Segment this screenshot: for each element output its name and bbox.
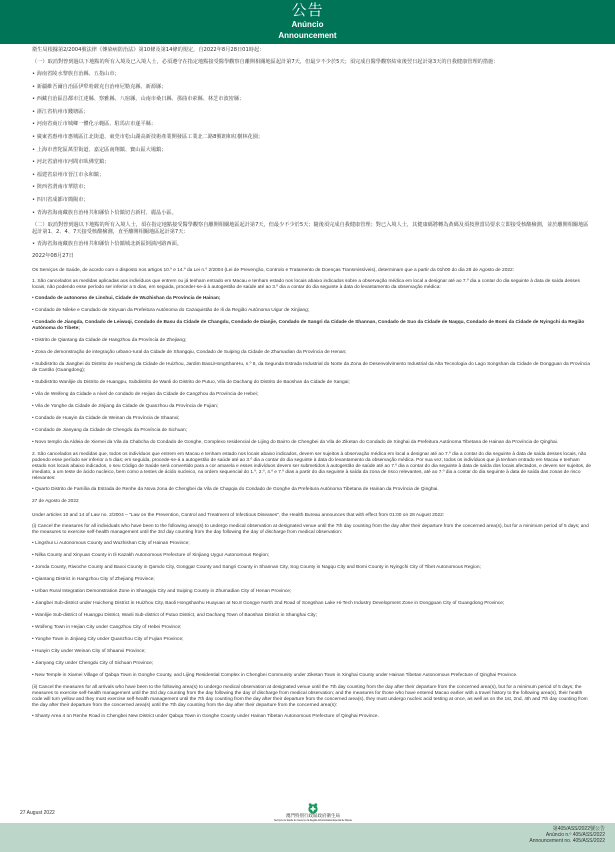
en-para2: (ii) Cancel the measures for all arrival… xyxy=(32,685,592,709)
en-date: 27 August 2022 xyxy=(20,810,55,816)
chinese-section: 衛生局根據第2/2004號法律《傳染病防治法》第10條及第14條的規定，自202… xyxy=(32,47,592,260)
en-para1: (i) Cancel the measures for all individu… xyxy=(32,524,592,536)
zh-intro: 衛生局根據第2/2004號法律《傳染病防治法》第10條及第14條的規定，自202… xyxy=(32,47,592,54)
list-item: • Condado de autonomo de Linshui, Cidade… xyxy=(32,296,592,302)
list-item: • Shanty Area 4 on Renhe Road in Chengbe… xyxy=(32,714,592,720)
ref-en: Announcement no. 405/ASS/2022 xyxy=(529,838,605,844)
list-item: • 河南省商丘市城鄉一體化示範區、駐馬店市遂平縣； xyxy=(32,121,592,128)
pt-para2: 2. São cancelados as medidas que, todos … xyxy=(32,452,592,482)
pt-para1: 1. São cancelados as medidas aplicadas a… xyxy=(32,279,592,291)
list-item: • 青海省海南藏族自治州共和縣恰卜恰鎮城北新區倒淌河路西面。 xyxy=(32,241,592,248)
list-item: • Wanlijie Sub-district of Huangpu Distr… xyxy=(32,613,592,619)
list-item: • Distrito de Qiantang da Cidade de Hang… xyxy=(32,338,592,344)
list-item: • Subdistrito Wanlijie do Distrito de Hu… xyxy=(32,380,592,386)
list-item: • 青海省海南藏族自治州共和縣恰卜恰鎮切吉新村、麗晶小區。 xyxy=(32,210,592,217)
list-item: • Jiangbei Sub-district under Huicheng D… xyxy=(32,601,592,607)
list-item: • Vila de Weifeng da Cidade a nível de c… xyxy=(32,392,592,398)
pt-list1: • Condado de autonomo de Linshui, Cidade… xyxy=(32,296,592,446)
en-list2: • Shanty Area 4 on Renhe Road in Chengbe… xyxy=(32,714,592,720)
list-item: • Woifeng Town in Hejian City under Cang… xyxy=(32,625,592,631)
list-item: • 新疆維吾爾自治區伊犁哈薩克自治州尼勒克縣、新源縣； xyxy=(32,84,592,91)
list-item: • 河北省滄州市河間市臥佛堂鎮； xyxy=(32,159,592,166)
zh-para1: （一）取消對曾到過以下地點的所有入境及已入境人士，必須遵守在指定地點接受醫學觀察… xyxy=(32,59,592,66)
list-item: • 上海市普陀區萬里街道、嘉定區南翔鎮、寶山區大場鎮； xyxy=(32,147,592,154)
list-item: • Condado de Jianyang da Cidade de Cheng… xyxy=(32,428,592,434)
title-zh: 公告 xyxy=(0,0,615,19)
list-item: • Nilka County and Xinyuan County in Ili… xyxy=(32,553,592,559)
list-item: • Jomda County, Riwoche County and Baxoi… xyxy=(32,565,592,571)
announcement-footer: 第405/ASS/2022號公告 Anúncio n.º 405/ASS/202… xyxy=(0,823,615,852)
list-item: • Subdistrito da Jiangbei do Distrito de… xyxy=(32,362,592,374)
pt-list2: • Quarto Distrito de Família da Estrada … xyxy=(32,487,592,493)
zh-list2: • 青海省海南藏族自治州共和縣恰卜恰鎮城北新區倒淌河路西面。 xyxy=(32,241,592,248)
zh-date: 2022年08月27日 xyxy=(32,253,592,260)
list-item: • 福建省泉州市晉江市永和鎮； xyxy=(32,172,592,179)
title-en: Announcement xyxy=(0,30,615,41)
list-item: • Condado de Nileke e Condado de Xinyuan… xyxy=(32,308,592,314)
list-item: • Urban Rural Integration Demonstration … xyxy=(32,589,592,595)
list-item: • 海南省陵水黎族自治縣、五指山市； xyxy=(32,71,592,78)
portuguese-section: Os Serviços de Saúde, de acordo com o di… xyxy=(32,268,592,505)
pt-intro: Os Serviços de Saúde, de acordo com o di… xyxy=(32,268,592,274)
announcement-body: 衛生局根據第2/2004號法律《傳染病防治法》第10條及第14條的規定，自202… xyxy=(32,47,592,726)
announcement-header: 公告 Anúncio Announcement xyxy=(0,0,615,44)
zh-list1: • 海南省陵水黎族自治縣、五指山市；• 新疆維吾爾自治區伊犁哈薩克自治州尼勒克縣… xyxy=(32,71,592,216)
list-item: • 西藏自治區昌都市江達縣、察雅縣、八宿縣，山南市桑日縣、那曲市索縣、林芝市波密… xyxy=(32,96,592,103)
title-pt: Anúncio xyxy=(0,19,615,30)
reference-numbers: 第405/ASS/2022號公告 Anúncio n.º 405/ASS/202… xyxy=(529,826,605,845)
list-item: • Lingshui Li Autonomous County and Wuzh… xyxy=(32,541,592,547)
en-list1: • Lingshui Li Autonomous County and Wuzh… xyxy=(32,541,592,679)
list-item: • Zona de demonstração de integração urb… xyxy=(32,350,592,356)
list-item: • Condado de Jiangda, Condado de Leiwuqi… xyxy=(32,320,592,332)
list-item: • Jianyang City under Chengdu City of Si… xyxy=(32,661,592,667)
list-item: • 陝西省渭南市華陰市； xyxy=(32,184,592,191)
health-bureau-logo: 澳門特別行政區政府衛生局 Serviços de Saúde do Govern… xyxy=(263,803,363,823)
english-section: Under articles 10 and 14 of Law no. 2/20… xyxy=(32,513,592,720)
list-item: • 四川省成都市簡陽市； xyxy=(32,197,592,204)
list-item: • Quarto Distrito de Família da Estrada … xyxy=(32,487,592,493)
en-intro: Under articles 10 and 14 of Law no. 2/20… xyxy=(32,513,592,519)
pt-date: 27 de Agosto de 2022 xyxy=(32,499,592,505)
list-item: • Qiantang District in Hangzhou City of … xyxy=(32,577,592,583)
list-item: • Huayin City under Weinan City of Shaan… xyxy=(32,649,592,655)
list-item: • 廣東省惠州市惠城區江北街道、東莞市松山湖高新技術產業開發區工業北二路8號朗和… xyxy=(32,134,592,141)
list-item: • 浙江省杭州市錢塘區； xyxy=(32,109,592,116)
zh-para2: （二）取消對曾到過以下地點的所有入境人士，須在指定地點接受醫學觀察自離開相關地區… xyxy=(32,222,592,235)
list-item: • Yonghe Town in Jinjiang City under Qua… xyxy=(32,637,592,643)
list-item: • Novo templo da Aldeia de Xiemei da Vil… xyxy=(32,440,592,446)
list-item: • New Temple in Xiamei Village of Qabqa … xyxy=(32,673,592,679)
list-item: • Condado de Huayin da Cidade de Weinan … xyxy=(32,416,592,422)
health-bureau-emblem-icon xyxy=(307,803,319,814)
list-item: • Vila de Yonghe da Cidade de Jinjiang d… xyxy=(32,404,592,410)
